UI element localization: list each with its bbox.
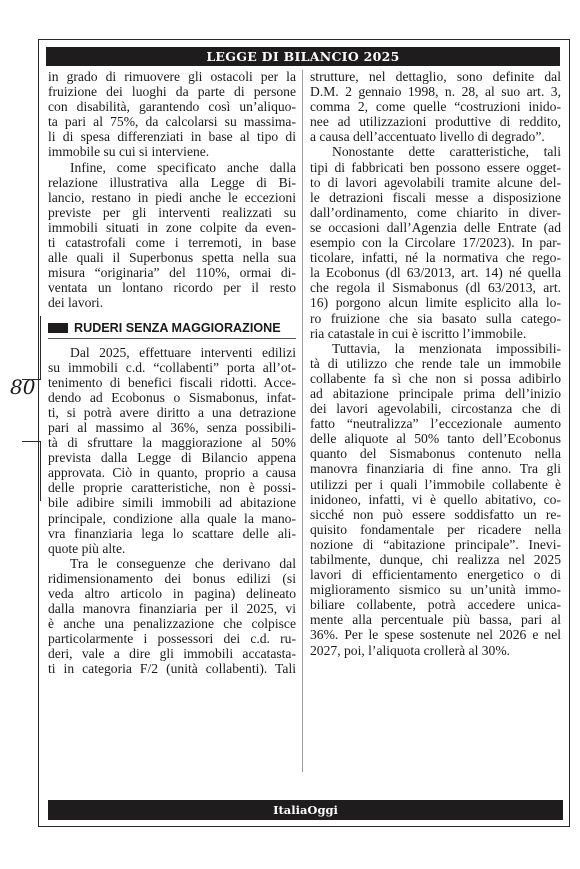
text-line: quanto del Sismabonus contenuto nella bbox=[310, 446, 561, 461]
text-line: tà di utilizzo che rende tale un immobil… bbox=[310, 356, 561, 371]
section-heading-text: RUDERI SENZA MAGGIORAZIONE bbox=[74, 321, 281, 336]
text-line: che regola il Sismabonus (dl 63/2013, ar… bbox=[310, 280, 561, 295]
text-line: to di lavori agevolabili tramite alcune … bbox=[310, 175, 561, 190]
text-line: fruizione dei luoghi da parte di persone bbox=[48, 84, 296, 99]
page-number-bracket-bottom-tick bbox=[22, 441, 41, 442]
text-line: ridimensionamento dei bonus edilizi (si bbox=[48, 571, 296, 586]
left-paragraph-1: in grado di rimuovere gli ostacoli per l… bbox=[48, 69, 296, 160]
text-line: su immobili c.d. “collabenti” porta all’… bbox=[48, 360, 296, 375]
text-line: con disabilità, garantendo così un’aliqu… bbox=[48, 99, 296, 114]
text-line: Infine, come specificato anche dalla bbox=[48, 160, 296, 175]
text-line: nozione di “abitazione principale”. Inev… bbox=[310, 537, 561, 552]
text-line: tabilmente, dunque, chi realizza nel 202… bbox=[310, 552, 561, 567]
text-line: 36%. Per le spese sostenute nel 2026 e n… bbox=[310, 627, 561, 642]
text-line: ti catastrofali come i terremoti, in bas… bbox=[48, 235, 296, 250]
text-line: bile adibire simili immobili ad abitazio… bbox=[48, 495, 296, 510]
text-line: miglioramento sismico su un’unità immo- bbox=[310, 582, 561, 597]
page-number-bracket-bottom bbox=[40, 441, 41, 501]
text-line: previste per gli interventi realizzati s… bbox=[48, 205, 296, 220]
text-line: dei lavori agevolabili, circostanza che … bbox=[310, 401, 561, 416]
text-line: ro fruizione che sia basato sulla catego… bbox=[310, 311, 561, 326]
text-line: Nonostante dette caratteristiche, tali bbox=[310, 144, 561, 159]
text-line: dendo ad Ecobonus o Sismabonus, infat- bbox=[48, 390, 296, 405]
text-line: pari al massimo al 36%, senza possibili- bbox=[48, 420, 296, 435]
text-line: le detrazioni fiscali messe a disposizio… bbox=[310, 190, 561, 205]
text-line: mente alla percentuale più bassa, pari a… bbox=[310, 612, 561, 627]
text-line: li di spesa differenziati in base al tip… bbox=[48, 129, 296, 144]
section-heading: RUDERI SENZA MAGGIORAZIONE bbox=[48, 321, 296, 339]
text-line: lancio, restano in piedi anche le eccezi… bbox=[48, 190, 296, 205]
text-line: immobile su cui si interviene. bbox=[48, 144, 296, 159]
text-line: utilizzi per i quali l’immobile collaben… bbox=[310, 477, 561, 492]
text-line: ta pari al 75%, da calcolarsi su massima… bbox=[48, 114, 296, 129]
text-line: biliare collabente, potrà accedere unica… bbox=[310, 597, 561, 612]
heading-square-icon bbox=[48, 323, 68, 333]
header-title: LEGGE DI BILANCIO 2025 bbox=[206, 49, 399, 64]
text-line: comma 2, come quelle “costruzioni inido- bbox=[310, 99, 561, 114]
footer-brand-logo: ItaliaOggi bbox=[273, 803, 338, 817]
text-line: dei lavori. bbox=[48, 295, 296, 310]
text-line: inidoneo, infatti, vi è quello abitativo… bbox=[310, 492, 561, 507]
page-number-bracket-top-tick bbox=[22, 379, 41, 380]
text-line: collabente fa sì che non si possa adibir… bbox=[310, 371, 561, 386]
footer-bar: ItaliaOggi bbox=[48, 800, 563, 820]
text-line: particolarmente i possessori dei c.d. ru… bbox=[48, 631, 296, 646]
text-line: relazione illustrativa alla Legge di Bi- bbox=[48, 175, 296, 190]
text-line: fatto “neutralizza” l’eccezionale aument… bbox=[310, 416, 561, 431]
text-line: tipi di fabbricati ben possono essere og… bbox=[310, 160, 561, 175]
text-line: dalla manovra finanziaria per il 2025, v… bbox=[48, 601, 296, 616]
text-line: quisito fondamentale per ricadere nella bbox=[310, 522, 561, 537]
text-line: ti in categoria F/2 (unità collabenti). … bbox=[48, 661, 296, 676]
right-column: strutture, nel dettaglio, sono definite … bbox=[310, 69, 561, 658]
text-line: esempio con la Circolare 17/2023). In pa… bbox=[310, 235, 561, 250]
text-line: delle proprie caratteristiche, non è pos… bbox=[48, 480, 296, 495]
text-line: è anche una penalizzazione che colpisce bbox=[48, 616, 296, 631]
text-line: misura “originaria” del 110%, ormai di- bbox=[48, 265, 296, 280]
text-line: in grado di rimuovere gli ostacoli per l… bbox=[48, 69, 296, 84]
text-line: tà di sfruttare la maggiorazione al 50% bbox=[48, 435, 296, 450]
text-line: lavori di efficientamento energetico o d… bbox=[310, 567, 561, 582]
left-paragraph-3: Dal 2025, effettuare interventi edilizis… bbox=[48, 345, 296, 556]
right-paragraph-2: Nonostante dette caratteristiche, taliti… bbox=[310, 144, 561, 340]
right-paragraph-1: strutture, nel dettaglio, sono definite … bbox=[310, 69, 561, 144]
text-line: delle aliquote al 50% tanto dell’Ecobonu… bbox=[310, 431, 561, 446]
text-line: Tra le conseguenze che derivano dal bbox=[48, 556, 296, 571]
text-line: manovra finanziaria di fine anno. Tra gl… bbox=[310, 461, 561, 476]
text-line: D.M. 2 gennaio 1998, n. 28, al suo art. … bbox=[310, 84, 561, 99]
text-line: alle quali il Superbonus spetta nella su… bbox=[48, 250, 296, 265]
text-line: ticolare, infatti, né la normativa che r… bbox=[310, 250, 561, 265]
section-header-bar: LEGGE DI BILANCIO 2025 bbox=[46, 47, 560, 66]
text-line: Tuttavia, la menzionata impossibili- bbox=[310, 341, 561, 356]
text-line: vra finanziaria lega lo scattare delle a… bbox=[48, 526, 296, 541]
text-line: 16) porgono alcun limite esplicito alla … bbox=[310, 295, 561, 310]
right-paragraph-3: Tuttavia, la menzionata impossibili-tà d… bbox=[310, 341, 561, 658]
text-line: veda altro articolo in pagina) delineato bbox=[48, 586, 296, 601]
text-line: se occasioni dall’Agenzia delle Entrate … bbox=[310, 220, 561, 235]
text-line: nee ad utilizzazioni produttive di reddi… bbox=[310, 114, 561, 129]
text-line: quote più alte. bbox=[48, 541, 296, 556]
text-line: immobili situati in zone colpite da even… bbox=[48, 220, 296, 235]
left-paragraph-4: Tra le conseguenze che derivano dalridim… bbox=[48, 556, 296, 677]
text-line: 2027, poi, l’aliquota crollerà al 30%. bbox=[310, 643, 561, 658]
left-column: in grado di rimuovere gli ostacoli per l… bbox=[48, 69, 296, 677]
column-divider bbox=[302, 70, 303, 772]
text-line: sicché non può essere soddisfatto un re- bbox=[310, 507, 561, 522]
text-line: a causa dell’accentuato livello di degra… bbox=[310, 129, 561, 144]
text-line: dall’ordinamento, come chiarito in diver… bbox=[310, 205, 561, 220]
text-line: principale, condizione alla quale la man… bbox=[48, 511, 296, 526]
text-line: ad abitazione principale prima dell’iniz… bbox=[310, 386, 561, 401]
text-line: deri, vale a dire gli immobili accatasta… bbox=[48, 646, 296, 661]
text-line: ria catastale in cui è iscritto l’immobi… bbox=[310, 326, 561, 341]
text-line: prevista dalla Legge di Bilancio appena bbox=[48, 450, 296, 465]
text-line: Dal 2025, effettuare interventi edilizi bbox=[48, 345, 296, 360]
left-paragraph-2: Infine, come specificato anche dallarela… bbox=[48, 160, 296, 311]
text-line: ventata un lontano ricordo per il resto bbox=[48, 280, 296, 295]
text-line: strutture, nel dettaglio, sono definite … bbox=[310, 69, 561, 84]
text-line: approvata. Ciò in quanto, proprio a caus… bbox=[48, 465, 296, 480]
page-number-bracket-top bbox=[40, 316, 41, 380]
text-line: tenimento di benefici fiscali ridotti. A… bbox=[48, 375, 296, 390]
text-line: ti, si potrà avere diritto a una detrazi… bbox=[48, 405, 296, 420]
text-line: la Ecobonus (dl 63/2013, art. 14) né que… bbox=[310, 265, 561, 280]
